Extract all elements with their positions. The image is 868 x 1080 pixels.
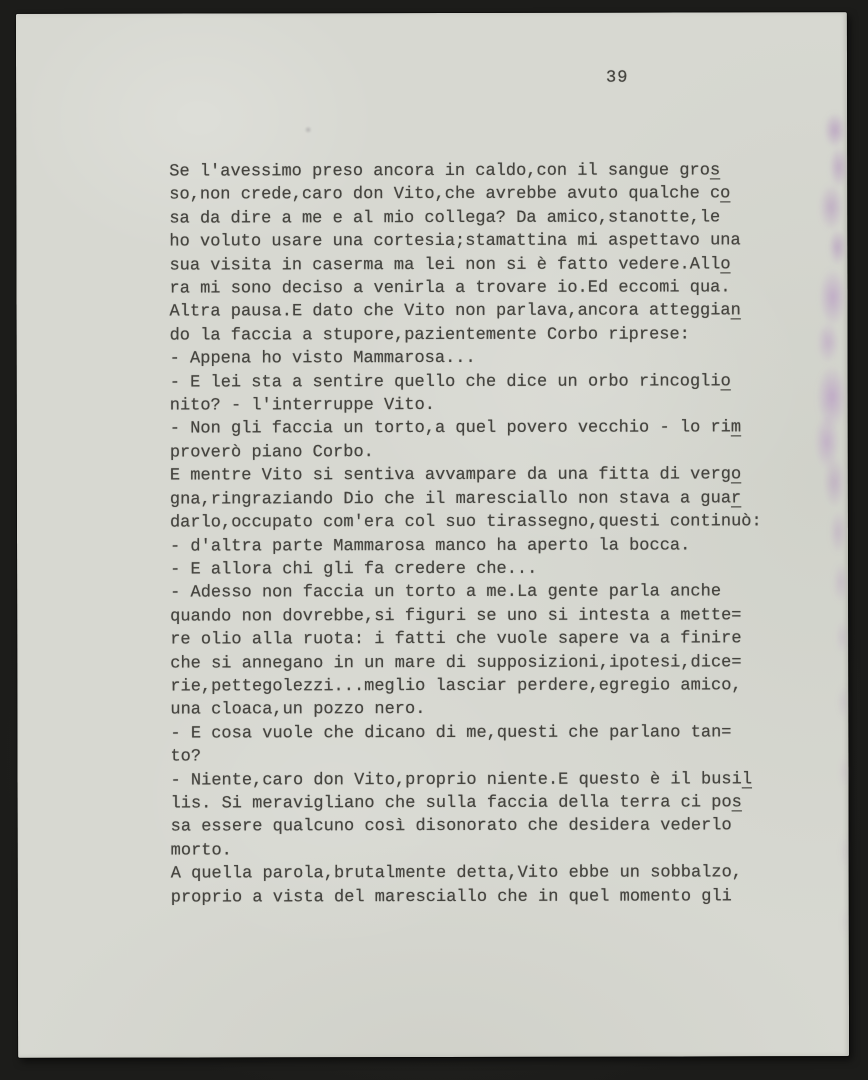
text-line: darlo,occupato com'era col suo tirassegn…: [170, 510, 762, 535]
document-page: 39 Se l'avessimo preso ancora in caldo,c…: [16, 12, 849, 1058]
text-line: sa da dire a me e al mio collega? Da ami…: [169, 206, 761, 231]
text-line: Altra pausa.E dato che Vito non parlava,…: [170, 300, 762, 325]
text-line: - E cosa vuole che dicano di me,questi c…: [170, 721, 762, 746]
underlined-tail: s: [710, 161, 720, 180]
text-line: to?: [170, 744, 762, 769]
paper-speck: [304, 126, 312, 133]
text-line: ra mi sono deciso a venirla a trovare io…: [169, 276, 761, 301]
underlined-tail: o: [721, 372, 731, 391]
text-line: sua visita in caserma ma lei non si è fa…: [169, 253, 761, 278]
text-line: so,non crede,caro don Vito,che avrebbe a…: [169, 183, 761, 208]
text-line: proverò piano Corbo.: [170, 440, 762, 465]
text-line: rie,pettegolezzi...meglio lasciar perder…: [170, 674, 762, 699]
text-line: proprio a vista del maresciallo che in q…: [171, 885, 763, 910]
typewritten-text-block: Se l'avessimo preso ancora in caldo,con …: [169, 159, 762, 909]
purple-ink-stain: [784, 112, 848, 992]
text-line: - d'altra parte Mammarosa manco ha apert…: [170, 534, 762, 559]
text-line: gna,ringraziando Dio che il maresciallo …: [170, 487, 762, 512]
underlined-tail: s: [732, 793, 742, 812]
text-line: - E allora chi gli fa credere che...: [170, 557, 762, 582]
scan-background: 39 Se l'avessimo preso ancora in caldo,c…: [0, 0, 868, 1080]
text-line: E mentre Vito si sentiva avvampare da un…: [170, 464, 762, 489]
text-line: ho voluto usare una cortesia;stamattina …: [169, 230, 761, 255]
text-line: - E lei sta a sentire quello che dice un…: [170, 370, 762, 395]
text-line: - Adesso non faccia un torto a me.La gen…: [170, 581, 762, 606]
text-line: A quella parola,brutalmente detta,Vito e…: [171, 861, 763, 886]
underlined-tail: o: [720, 185, 730, 204]
text-line: nito? - l'interruppe Vito.: [170, 393, 762, 418]
text-line: quando non dovrebbe,si figuri se uno si …: [170, 604, 762, 629]
text-line: che si annegano in un mare di supposizio…: [170, 651, 762, 676]
text-line: sa essere qualcuno così disonorato che d…: [171, 815, 763, 840]
underlined-tail: n: [731, 302, 741, 321]
text-line: morto.: [171, 838, 763, 863]
underlined-tail: r: [731, 489, 741, 508]
underlined-tail: o: [731, 466, 741, 485]
underlined-tail: m: [731, 419, 741, 438]
text-line: - Niente,caro don Vito,proprio niente.E …: [170, 768, 762, 793]
text-line: lis. Si meravigliano che sulla faccia de…: [171, 791, 763, 816]
text-line: una cloaca,un pozzo nero.: [170, 698, 762, 723]
text-line: - Non gli faccia un torto,a quel povero …: [170, 417, 762, 442]
text-line: re olio alla ruota: i fatti che vuole sa…: [170, 627, 762, 652]
underlined-tail: l: [742, 770, 752, 789]
page-number: 39: [606, 67, 628, 91]
text-line: Se l'avessimo preso ancora in caldo,con …: [169, 159, 761, 184]
underlined-tail: o: [720, 255, 730, 274]
text-line: do la faccia a stupore,pazientemente Cor…: [170, 323, 762, 348]
text-line: - Appena ho visto Mammarosa...: [170, 347, 762, 372]
